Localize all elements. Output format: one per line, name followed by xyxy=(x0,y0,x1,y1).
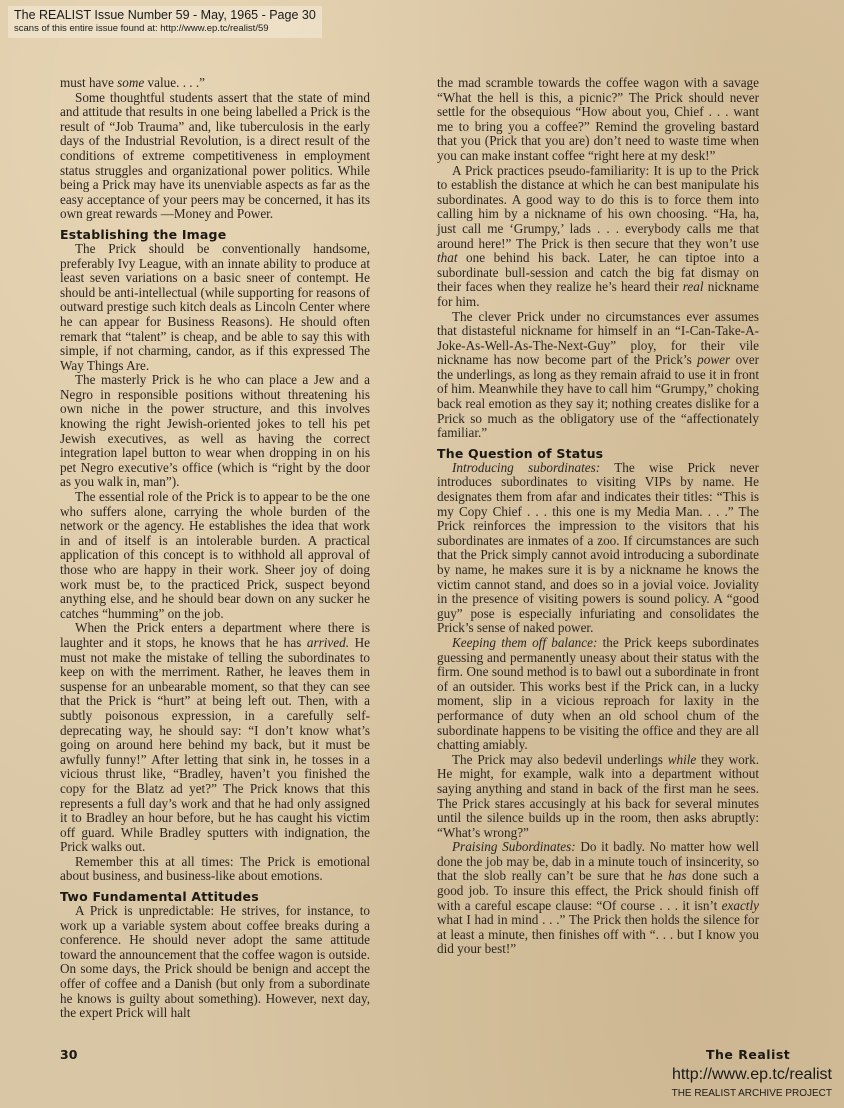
emphasis: Praising Subordinates: xyxy=(452,839,576,854)
paragraph: The essential role of the Prick is to ap… xyxy=(60,490,370,621)
text: The wise Prick never introduces subordin… xyxy=(437,460,759,636)
section-heading-establishing-the-image: Establishing the Image xyxy=(60,227,370,242)
text: must have xyxy=(60,75,117,90)
paragraph: A Prick practices pseudo-familiarity: It… xyxy=(437,164,759,310)
paragraph: When the Prick enters a department where… xyxy=(60,621,370,855)
paragraph: Some thoughtful students assert that the… xyxy=(60,91,370,222)
emphasis: has xyxy=(668,868,686,883)
emphasis: some xyxy=(117,75,144,90)
paragraph: The masterly Prick is he who can place a… xyxy=(60,373,370,490)
archive-banner: The REALIST Issue Number 59 - May, 1965 … xyxy=(8,6,322,38)
emphasis: while xyxy=(668,752,697,767)
right-column: the mad scramble towards the coffee wago… xyxy=(437,76,759,957)
text: what I had in mind . . .” The Prick then… xyxy=(437,912,759,956)
paragraph: Keeping them off balance: the Prick keep… xyxy=(437,636,759,753)
emphasis: power xyxy=(697,352,730,367)
archive-url-link[interactable]: http://www.ep.tc/realist xyxy=(672,1066,832,1084)
paragraph: A Prick is unpredictable: He strives, fo… xyxy=(60,904,370,1021)
text: He must not make the mistake of telling … xyxy=(60,635,370,854)
archive-project-label: THE REALIST ARCHIVE PROJECT xyxy=(672,1088,832,1099)
page-number: 30 xyxy=(60,1047,77,1062)
left-column: must have some value. . . .” Some though… xyxy=(60,76,370,1021)
paragraph: must have some value. . . .” xyxy=(60,76,370,91)
paragraph: The clever Prick under no circumstances … xyxy=(437,310,759,441)
banner-subtitle: scans of this entire issue found at: htt… xyxy=(14,23,316,35)
footer-masthead: The Realist xyxy=(706,1047,790,1062)
section-heading-two-fundamental-attitudes: Two Fundamental Attitudes xyxy=(60,889,370,904)
text: value. . . .” xyxy=(144,75,205,90)
text: A Prick practices pseudo-familiarity: It… xyxy=(437,163,759,251)
emphasis: Introducing subordinates: xyxy=(452,460,600,475)
emphasis: exactly xyxy=(722,898,759,913)
paragraph: The Prick may also bedevil underlings wh… xyxy=(437,753,759,841)
paragraph: The Prick should be conventionally hands… xyxy=(60,242,370,373)
section-heading-question-of-status: The Question of Status xyxy=(437,446,759,461)
paragraph: the mad scramble towards the coffee wago… xyxy=(437,76,759,164)
emphasis: that xyxy=(437,250,458,265)
emphasis: Keeping them off balance: xyxy=(452,635,597,650)
banner-title: The REALIST Issue Number 59 - May, 1965 … xyxy=(14,8,316,23)
paragraph: Remember this at all times: The Prick is… xyxy=(60,855,370,884)
paragraph: Introducing subordinates: The wise Prick… xyxy=(437,461,759,636)
paragraph: Praising Subordinates: Do it badly. No m… xyxy=(437,840,759,957)
text: The Prick may also bedevil underlings xyxy=(452,752,668,767)
emphasis: arrived. xyxy=(307,635,349,650)
text: the Prick keeps subordinates guessing an… xyxy=(437,635,759,752)
emphasis: real xyxy=(683,279,704,294)
